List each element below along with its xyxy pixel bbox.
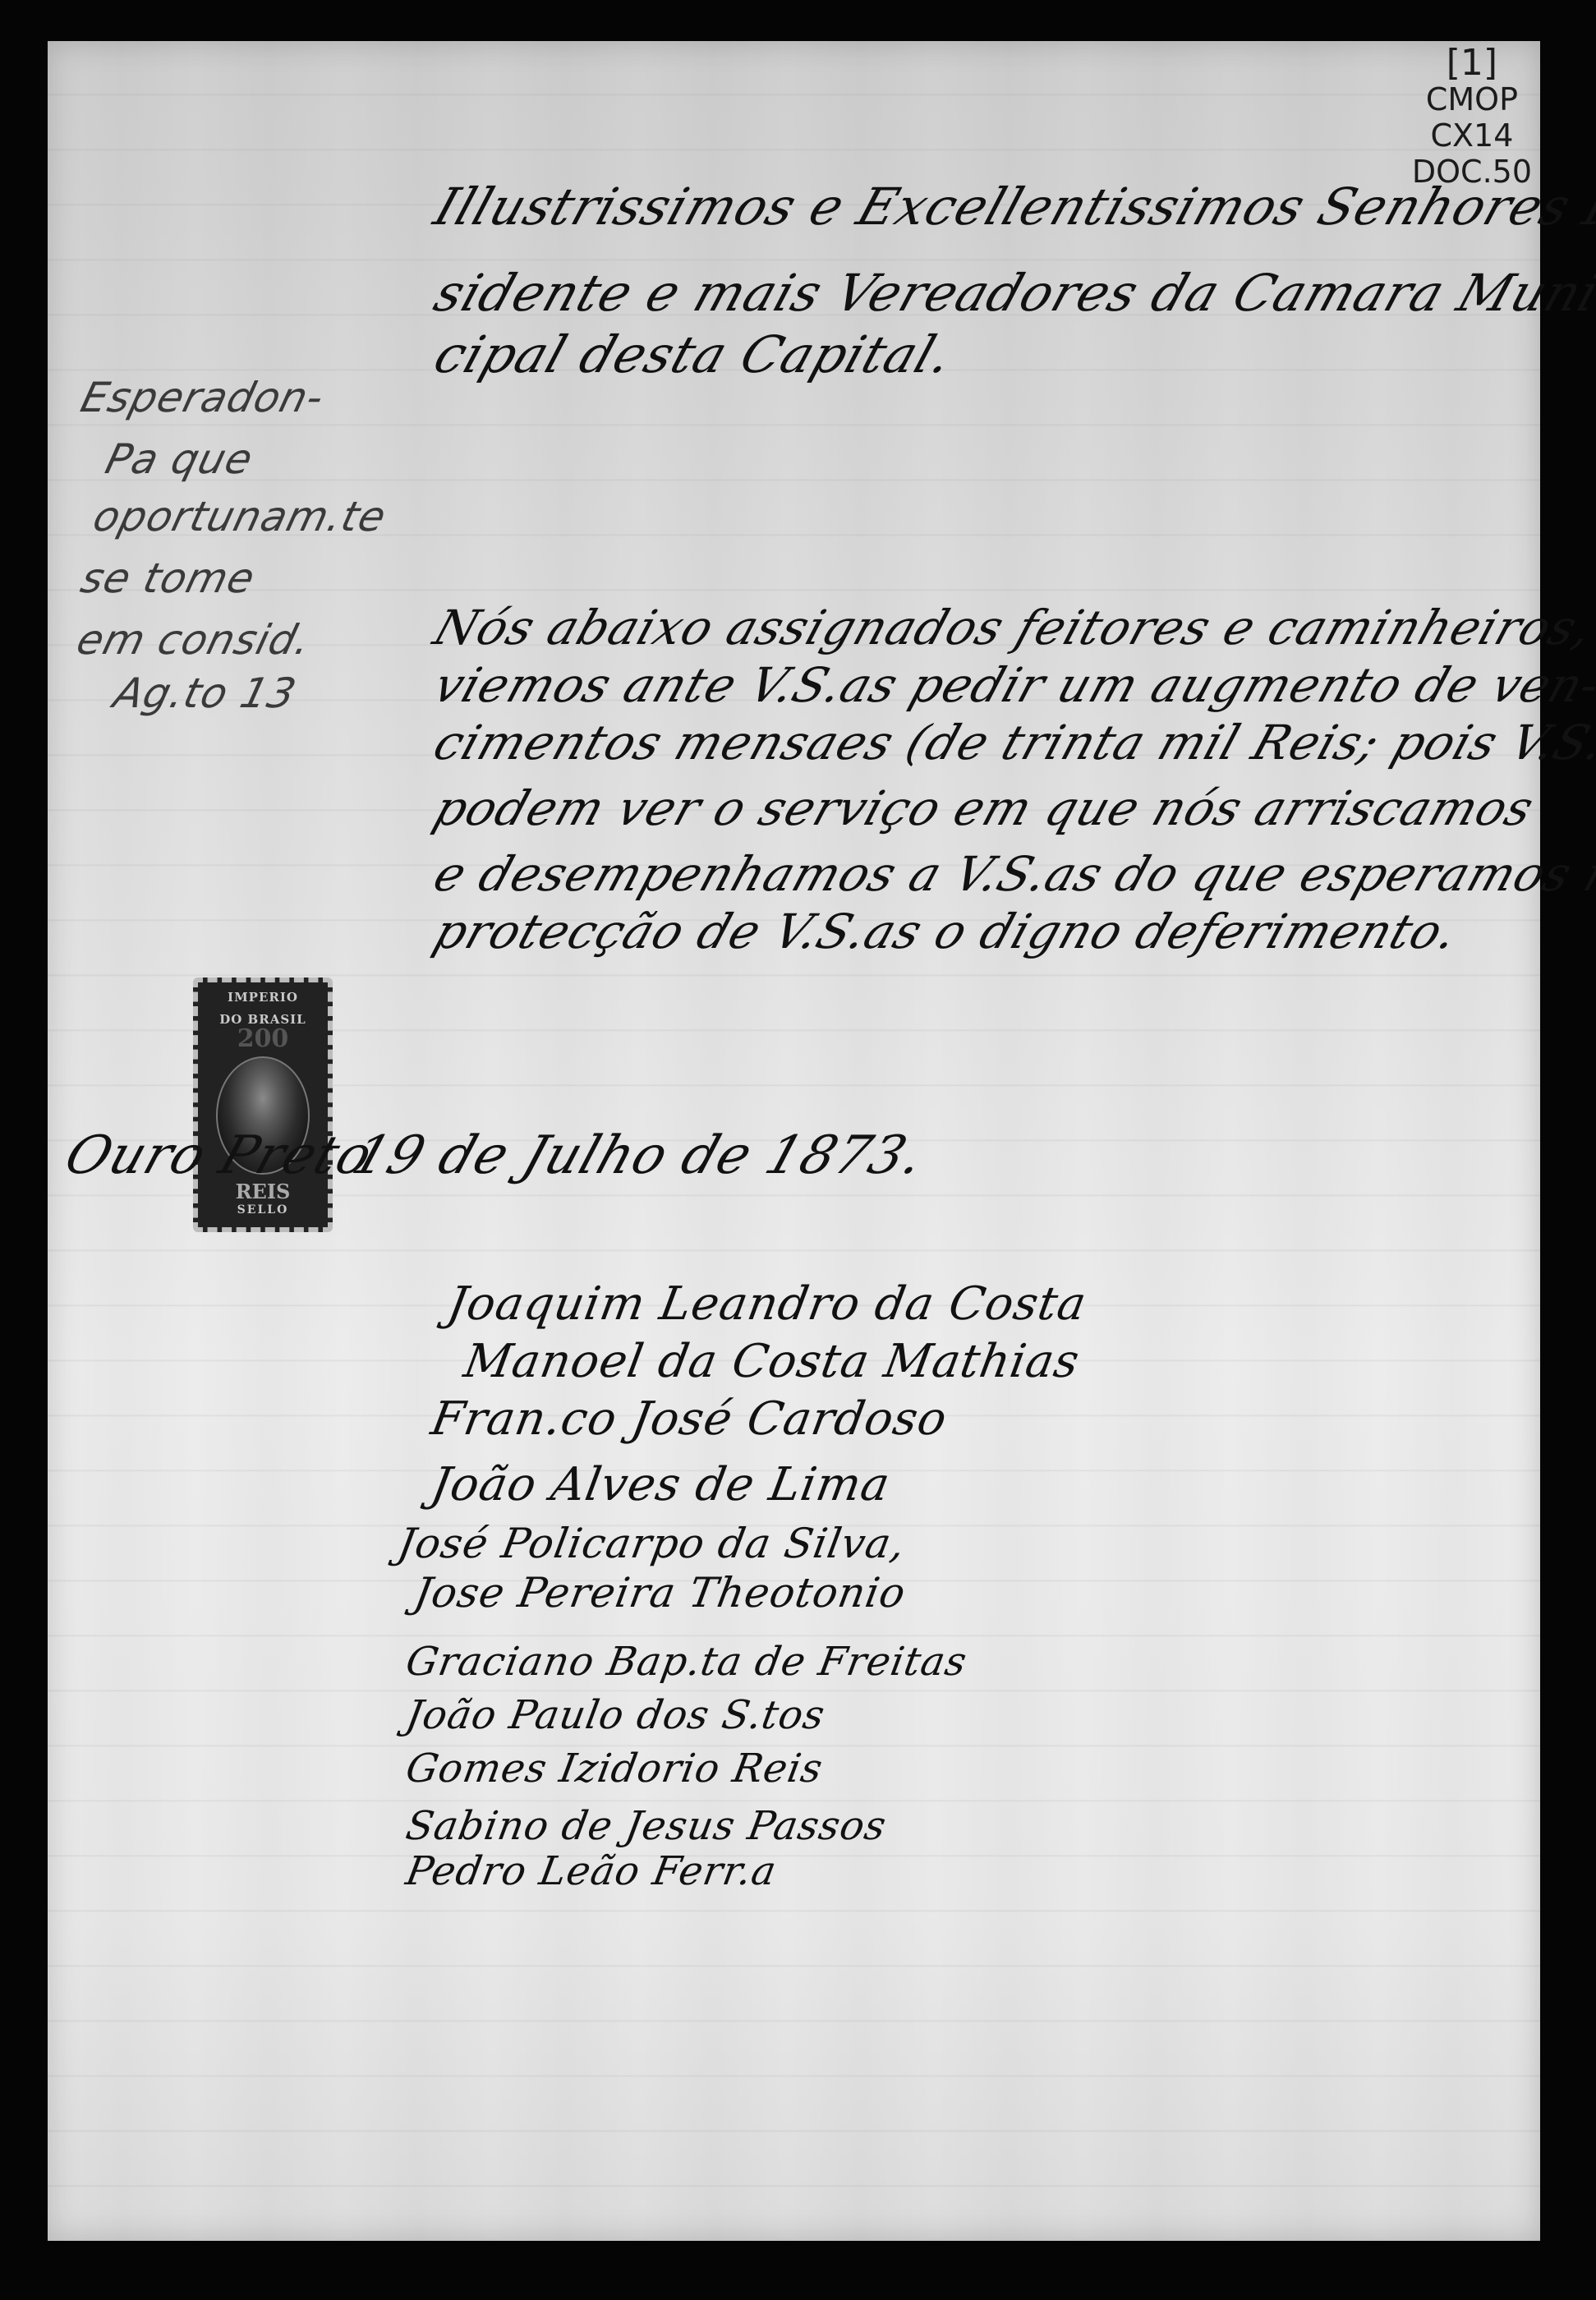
signature-4: João Alves de Lima [427, 1458, 895, 1511]
signature-3: Fran.co José Cardoso [427, 1392, 951, 1446]
margin-note-line-2: Pa que [101, 435, 258, 483]
dateline-date: 19 de Julho de 1873. [345, 1125, 932, 1186]
body-line-1: Nós abaixo assignados feitores e caminhe… [427, 600, 1596, 655]
salutation-line-2: sidente e mais Vereadores da Camara Muni… [427, 263, 1596, 323]
page-number: [1] [1412, 45, 1532, 81]
salutation-line-1: Illustrissimos e Excellentissimos Senhor… [427, 177, 1596, 237]
stamp-value: 200 [198, 1027, 328, 1051]
body-line-6: protecção de V.S.as o digno deferimento. [427, 904, 1465, 959]
stamp-header-1: IMPERIO [198, 991, 328, 1005]
dateline-place: Ouro Preto [57, 1125, 380, 1186]
margin-note-line-1: Esperadon- [76, 374, 329, 421]
margin-note-line-3: oportunam.te [89, 493, 392, 540]
margin-note-line-6: Ag.to 13 [109, 669, 301, 717]
body-line-3: cimentos mensaes (de trinta mil Reis; po… [427, 715, 1596, 770]
body-line-2: viemos ante V.S.as pedir um augmento de … [427, 657, 1596, 713]
signature-2: Manoel da Costa Mathias [460, 1335, 1083, 1388]
salutation-line-3: cipal desta Capital. [427, 324, 961, 384]
signature-7: Graciano Bap.ta de Freitas [402, 1639, 971, 1685]
body-line-5: e desempenhamos a V.S.as do que esperamo… [427, 846, 1596, 902]
margin-note-line-4: se tome [76, 554, 260, 602]
body-line-4: podem ver o serviço em que nós arriscamo… [427, 780, 1541, 836]
stamp-footer: SELLO [198, 1203, 328, 1217]
signature-6: Jose Pereira Theotonio [411, 1569, 909, 1617]
signature-9: Gomes Izidorio Reis [402, 1746, 826, 1792]
signature-10: Sabino de Jesus Passos [402, 1803, 890, 1849]
box-code: CX14 [1412, 117, 1532, 154]
signature-5: José Policarpo da Silva, [394, 1520, 909, 1567]
signature-8: João Paulo dos S.tos [402, 1692, 829, 1738]
collection-code: CMOP [1412, 81, 1532, 117]
margin-note-line-5: em consid. [72, 616, 316, 664]
archive-label: [1] CMOP CX14 DOC.50 [1412, 45, 1532, 190]
revenue-stamp: IMPERIO DO BRASIL 200 REIS SELLO [193, 977, 333, 1232]
signature-11: Pedro Leão Ferr.a [402, 1848, 780, 1894]
signature-1: Joaquim Leandro da Costa [444, 1277, 1091, 1331]
